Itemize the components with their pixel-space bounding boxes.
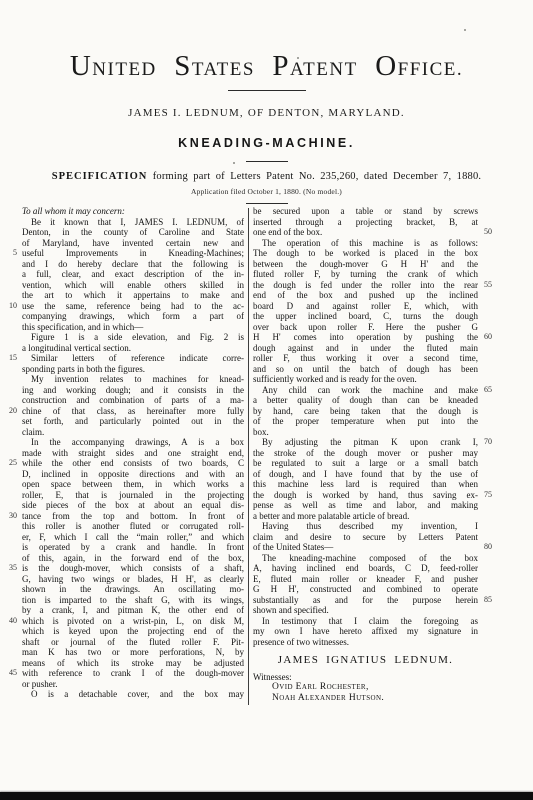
line-number (0, 595, 22, 606)
line-number (478, 521, 533, 532)
scan-edge-bar (0, 792, 533, 800)
text-line: D, inclined in opposite directions and w… (0, 469, 244, 480)
witness-name: Ovid Earl Rochester, (253, 682, 533, 693)
text-line: a better and more palatable article of b… (253, 511, 533, 522)
title-rest: FFICE. (398, 59, 464, 80)
line-text: is the dough-mover, which consists of a … (22, 563, 244, 574)
text-line: The dough to be worked is placed in the … (253, 248, 533, 259)
text-line: My invention relates to machines for kne… (0, 374, 244, 385)
text-line: man K has two or more perforations, N, b… (0, 647, 244, 658)
text-line: ing and working dough; and it consists i… (0, 385, 244, 396)
line-number (0, 332, 22, 343)
line-text: fluted roller F, by turning the crank of… (253, 269, 478, 280)
title-rest: ATENT (290, 59, 358, 80)
line-number (478, 364, 533, 375)
line-text: chine of that class, as hereinafter more… (22, 406, 244, 417)
text-line: vention, which will enable others skille… (0, 280, 244, 291)
line-number (0, 290, 22, 301)
text-line: one end of the box. 50 (253, 227, 533, 238)
title-initial: O (375, 50, 397, 82)
text-line: this machine less lard is required than … (253, 479, 533, 490)
text-line: board D and against roller E, which, wit… (253, 301, 533, 312)
line-number (478, 584, 533, 595)
line-number (0, 448, 22, 459)
line-text: shaft or journal of the fluted roller F.… (22, 637, 244, 648)
line-text: by a crank, I, and pitman K, the other e… (22, 605, 244, 616)
text-line: sufficiently worked and is ready for the… (253, 374, 533, 385)
text-line: roller, E, that is journaled in the proj… (0, 490, 244, 501)
invention-title: KNEADING-MACHINE. (0, 136, 533, 150)
line-number (478, 416, 533, 427)
text-line: To all whom it may concern: (0, 206, 244, 217)
line-number (478, 238, 533, 249)
text-line: made with straight sides and one straigh… (0, 448, 244, 459)
line-text: while the other end consists of two boar… (22, 458, 244, 469)
line-number (0, 374, 22, 385)
line-number (478, 311, 533, 322)
text-line: 5 useful Improvements in Kneading-Machin… (0, 248, 244, 259)
line-number: 50 (478, 227, 533, 238)
line-number (478, 532, 533, 543)
line-text: G H H', constructed and combined to oper… (253, 584, 478, 595)
text-line: By adjusting the pitman K upon crank I, … (253, 437, 533, 448)
line-number (0, 553, 22, 564)
text-line: 10 use the same, reference being had to … (0, 301, 244, 312)
text-line: roller F, thus working it over a second … (253, 353, 533, 364)
line-text: pense as well as time and labor, and mak… (253, 500, 478, 511)
text-line: and so on until the batch of dough has b… (253, 364, 533, 375)
line-text: the dough is fed under the roller into t… (253, 280, 478, 291)
line-text: and so on until the batch of dough has b… (253, 364, 478, 375)
line-number: 35 (0, 563, 22, 574)
text-line: E, fluted main roller or kneader F, and … (253, 574, 533, 585)
line-text: with reference to crank I of the dough-m… (22, 668, 244, 679)
line-text: use the same, reference being had to the… (22, 301, 244, 312)
line-text: the dough is worked by hand, thus saving… (253, 490, 478, 501)
witnesses-label: Witnesses: (253, 672, 533, 683)
title-initial: P (272, 50, 290, 82)
line-number (0, 364, 22, 375)
text-line: of the United States— 80 (253, 542, 533, 553)
text-line: 40 which is pivoted on a wrist-pin, L, o… (0, 616, 244, 627)
signature: JAMES IGNATIUS LEDNUM. (253, 655, 478, 666)
line-number: 5 (0, 248, 22, 259)
line-number (478, 574, 533, 585)
title-word: OFFICE. (375, 50, 463, 83)
line-text: over back upon roller F. Here the pusher… (253, 322, 478, 333)
line-number (478, 322, 533, 333)
line-text: a full, clear, and exact description of … (22, 269, 244, 280)
text-line: shaft or journal of the fluted roller F.… (0, 637, 244, 648)
header-rule (228, 90, 306, 91)
text-line: of the proper temperature when put into … (253, 416, 533, 427)
line-number (478, 500, 533, 511)
line-text: ing and working dough; and it consists i… (22, 385, 244, 396)
line-number (478, 469, 533, 480)
text-line: A, having inclined end boards, C D, feed… (253, 563, 533, 574)
witness-name: Noah Alexander Hutson. (253, 693, 533, 704)
text-line: Any child can work the machine and make … (253, 385, 533, 396)
title-rest: TATES (192, 59, 255, 80)
line-text: the art to which it appertains to make a… (22, 290, 244, 301)
text-line: is operated by a crank and handle. In fr… (0, 542, 244, 553)
line-number (478, 343, 533, 354)
line-text: my own I have hereto affixed my signatur… (253, 626, 478, 637)
title-initial: U (70, 50, 92, 82)
text-line: construction and combination of parts of… (0, 395, 244, 406)
line-text: the upper inclined board, C, turns the d… (253, 311, 478, 322)
line-number (0, 269, 22, 280)
line-text: A, having inclined end boards, C D, feed… (253, 563, 478, 574)
line-number (0, 647, 22, 658)
text-line: be regulated to suit a large or a small … (253, 458, 533, 469)
line-text: a longitudinal vertical section. (22, 343, 244, 354)
title-rest: NITED (92, 59, 156, 80)
text-line: by hand, care being taken that the dough… (253, 406, 533, 417)
line-text: open space between them, in which works … (22, 479, 244, 490)
line-number: 75 (478, 490, 533, 501)
line-number: 80 (478, 542, 533, 553)
line-text: be secured upon a table or stand by scre… (253, 206, 478, 217)
line-number (0, 206, 22, 217)
line-number: 70 (478, 437, 533, 448)
line-number (0, 437, 22, 448)
text-line: fluted roller F, by turning the crank of… (253, 269, 533, 280)
line-text: board D and against roller E, which, wit… (253, 301, 478, 312)
right-column: be secured upon a table or stand by scre… (253, 206, 533, 705)
scan-speck (464, 29, 466, 31)
text-line: In testimony that I claim the foregoing … (253, 616, 533, 627)
witness-list: Ovid Earl Rochester, Noah Alexander Huts… (253, 682, 533, 703)
text-line: G, having two wings or blades, H H', as … (0, 574, 244, 585)
line-number (478, 395, 533, 406)
text-line: dough against and in under the fluted ma… (253, 343, 533, 354)
line-number (478, 479, 533, 490)
line-number (478, 301, 533, 312)
specification-line: SPECIFICATION forming part of Letters Pa… (0, 171, 533, 182)
text-line: 45 with reference to crank I of the doug… (0, 668, 244, 679)
line-number (0, 343, 22, 354)
line-text: of the United States— (253, 542, 478, 553)
text-line: Having thus described my invention, I (253, 521, 533, 532)
text-line: presence of two witnesses. (253, 637, 533, 648)
line-text: which is pivoted on a wrist-pin, L, on d… (22, 616, 244, 627)
specification-label: SPECIFICATION (52, 171, 148, 182)
line-text: The dough to be worked is placed in the … (253, 248, 478, 259)
line-text: between the dough-mover G H H' and the (253, 259, 478, 270)
text-line: my own I have hereto affixed my signatur… (253, 626, 533, 637)
line-number (0, 490, 22, 501)
line-text: tance from the top and bottom. In front … (22, 511, 244, 522)
text-line: 15 Similar letters of reference indicate… (0, 353, 244, 364)
line-number: 25 (0, 458, 22, 469)
text-line: H H' comes into operation by pushing the… (253, 332, 533, 343)
line-text: claim and desire to secure by Letters Pa… (253, 532, 478, 543)
line-number (478, 616, 533, 627)
line-number (478, 563, 533, 574)
line-text: of the proper temperature when put into … (253, 416, 478, 427)
text-line: companying drawings, which form a part o… (0, 311, 244, 322)
text-line: box. (253, 427, 533, 438)
text-line: Denton, in the county of Caroline and St… (0, 227, 244, 238)
line-text: presence of two witnesses. (253, 637, 478, 648)
text-line: claim and desire to secure by Letters Pa… (253, 532, 533, 543)
line-text: of dough, and I have found that by the u… (253, 469, 478, 480)
line-text: a better quality of dough than can be kn… (253, 395, 478, 406)
line-text: and I do hereby declare that the followi… (22, 259, 244, 270)
line-text: dough against and in under the fluted ma… (253, 343, 478, 354)
line-number (478, 458, 533, 469)
line-text: of this, again, in the forward end of th… (22, 553, 244, 564)
line-text: man K has two or more perforations, N, b… (22, 647, 244, 658)
line-text: sponding parts in both the figures. (22, 364, 244, 375)
application-line: Application filed October 1, 1880. (No m… (0, 187, 533, 196)
text-line: over back upon roller F. Here the pusher… (253, 322, 533, 333)
line-number (0, 500, 22, 511)
line-text: Figure 1 is a side elevation, and Fig. 2… (22, 332, 244, 343)
line-text: In testimony that I claim the foregoing … (253, 616, 478, 627)
line-text: a better and more palatable article of b… (253, 511, 478, 522)
title-word: UNITED (70, 50, 157, 83)
line-number (478, 259, 533, 270)
line-number (478, 626, 533, 637)
line-number (0, 280, 22, 291)
line-number: 85 (478, 595, 533, 606)
text-line: the art to which it appertains to make a… (0, 290, 244, 301)
line-number: 20 (0, 406, 22, 417)
line-number (478, 353, 533, 364)
line-number (478, 217, 533, 228)
line-text: The kneading-machine composed of the box (253, 553, 478, 564)
line-text: Denton, in the county of Caroline and St… (22, 227, 244, 238)
line-number (478, 406, 533, 417)
line-text: roller, E, that is journaled in the proj… (22, 490, 244, 501)
text-line: a longitudinal vertical section. (0, 343, 244, 354)
text-line: er, F, which I call the “main roller,” a… (0, 532, 244, 543)
line-number: 15 (0, 353, 22, 364)
line-text: construction and combination of parts of… (22, 395, 244, 406)
line-text: claim. (22, 427, 244, 438)
title-rule (246, 161, 288, 162)
text-line: 20 chine of that class, as hereinafter m… (0, 406, 244, 417)
text-line: Be it known that I, JAMES I. LEDNUM, of (0, 217, 244, 228)
line-number (0, 574, 22, 585)
line-number (478, 269, 533, 280)
text-line: of Maryland, have invented certain new a… (0, 238, 244, 249)
line-text: companying drawings, which form a part o… (22, 311, 244, 322)
text-line: which is keyed upon the projecting end o… (0, 626, 244, 637)
text-line: inserted through a projecting bracket, B… (253, 217, 533, 228)
line-number (478, 511, 533, 522)
line-number (0, 605, 22, 616)
line-text: end of the box and pushed up the incline… (253, 290, 478, 301)
line-text: be regulated to suit a large or a small … (253, 458, 478, 469)
text-line: claim. (0, 427, 244, 438)
text-line: the stroke of the dough mover or pusher … (253, 448, 533, 459)
line-text: In the accompanying drawings, A is a box (22, 437, 244, 448)
line-number (0, 416, 22, 427)
text-line: sponding parts in both the figures. (0, 364, 244, 375)
line-number (478, 206, 533, 217)
line-text: of Maryland, have invented certain new a… (22, 238, 244, 249)
text-line: 25 while the other end consists of two b… (0, 458, 244, 469)
line-text: E, fluted main roller or kneader F, and … (253, 574, 478, 585)
line-text: The operation of this machine is as foll… (253, 238, 478, 249)
line-text: means of which its stroke may be adjuste… (22, 658, 244, 669)
line-text: O is a detachable cover, and the box may (22, 689, 244, 700)
text-line: open space between them, in which works … (0, 479, 244, 490)
line-text: sufficiently worked and is ready for the… (253, 374, 478, 385)
line-number (0, 479, 22, 490)
line-number (0, 385, 22, 396)
text-line: and I do hereby declare that the followi… (0, 259, 244, 270)
line-text: side pieces of the box at about an equal… (22, 500, 244, 511)
text-line: side pieces of the box at about an equal… (0, 500, 244, 511)
text-line: be secured upon a table or stand by scre… (253, 206, 533, 217)
text-line: substantially as and for the purpose her… (253, 595, 533, 606)
line-number (0, 626, 22, 637)
line-text: substantially as and for the purpose her… (253, 595, 478, 606)
text-line: pense as well as time and labor, and mak… (253, 500, 533, 511)
title-word: PATENT (272, 50, 357, 83)
line-number (478, 553, 533, 564)
text-line: tion is imparted to the shaft G, with it… (0, 595, 244, 606)
text-line: The kneading-machine composed of the box (253, 553, 533, 564)
line-text: Be it known that I, JAMES I. LEDNUM, of (22, 217, 244, 228)
text-line: shown in the drawings. An oscillating mo… (0, 584, 244, 595)
column-divider (248, 208, 249, 705)
document-body: To all whom it may concern: Be it known … (0, 206, 533, 705)
line-number (0, 521, 22, 532)
text-line: or pusher. (0, 679, 244, 690)
line-number (0, 227, 22, 238)
title-initial: S (174, 50, 192, 82)
line-number (0, 238, 22, 249)
title-word: STATES (174, 50, 255, 83)
line-number (0, 532, 22, 543)
text-line: Figure 1 is a side elevation, and Fig. 2… (0, 332, 244, 343)
line-text: roller F, thus working it over a second … (253, 353, 478, 364)
right-column-lines: be secured upon a table or stand by scre… (253, 206, 533, 647)
line-text: er, F, which I call the “main roller,” a… (22, 532, 244, 543)
line-number (0, 259, 22, 270)
line-text: or pusher. (22, 679, 244, 690)
line-text: By adjusting the pitman K upon crank I, (253, 437, 478, 448)
line-text: is operated by a crank and handle. In fr… (22, 542, 244, 553)
line-text: made with straight sides and one straigh… (22, 448, 244, 459)
line-number (478, 290, 533, 301)
patent-page: UNITED STATES PATENT OFFICE. JAMES I. LE… (0, 0, 533, 800)
text-line: the dough is worked by hand, thus saving… (253, 490, 533, 501)
line-number: 55 (478, 280, 533, 291)
line-number (0, 427, 22, 438)
text-line: 30 tance from the top and bottom. In fro… (0, 511, 244, 522)
text-line: means of which its stroke may be adjuste… (0, 658, 244, 669)
text-line: O is a detachable cover, and the box may (0, 689, 244, 700)
line-text: the stroke of the dough mover or pusher … (253, 448, 478, 459)
line-number: 40 (0, 616, 22, 627)
text-line: this specification, and in which— (0, 322, 244, 333)
line-text: tion is imparted to the shaft G, with it… (22, 595, 244, 606)
line-number: 65 (478, 385, 533, 396)
text-line: set forth, and particularly pointed out … (0, 416, 244, 427)
line-text: shown in the drawings. An oscillating mo… (22, 584, 244, 595)
line-text: one end of the box. (253, 227, 478, 238)
page-title: UNITED STATES PATENT OFFICE. (0, 50, 533, 83)
line-number (0, 689, 22, 700)
text-line: In the accompanying drawings, A is a box (0, 437, 244, 448)
line-text: which is keyed upon the projecting end o… (22, 626, 244, 637)
text-line: between the dough-mover G H H' and the (253, 259, 533, 270)
line-text: Any child can work the machine and make (253, 385, 478, 396)
line-text: G, having two wings or blades, H H', as … (22, 574, 244, 585)
text-line: a full, clear, and exact description of … (0, 269, 244, 280)
line-number (0, 395, 22, 406)
text-line: a better quality of dough than can be kn… (253, 395, 533, 406)
line-text: box. (253, 427, 478, 438)
text-line: this roller is another fluted or corruga… (0, 521, 244, 532)
text-line: by a crank, I, and pitman K, the other e… (0, 605, 244, 616)
specification-text: forming part of Letters Patent No. 235,2… (153, 171, 482, 182)
line-text: this roller is another fluted or corruga… (22, 521, 244, 532)
text-line: G H H', constructed and combined to oper… (253, 584, 533, 595)
application-rule (246, 203, 288, 204)
line-text: D, inclined in opposite directions and w… (22, 469, 244, 480)
line-number (478, 448, 533, 459)
text-line: The operation of this machine is as foll… (253, 238, 533, 249)
scan-speck (233, 162, 235, 164)
line-number (478, 637, 533, 648)
line-number (0, 658, 22, 669)
line-number (0, 217, 22, 228)
text-line: 35 is the dough-mover, which consists of… (0, 563, 244, 574)
text-line: the dough is fed under the roller into t… (253, 280, 533, 291)
line-text: this specification, and in which— (22, 322, 244, 333)
line-text: vention, which will enable others skille… (22, 280, 244, 291)
line-number (0, 469, 22, 480)
line-text: inserted through a projecting bracket, B… (253, 217, 478, 228)
line-number: 45 (0, 668, 22, 679)
line-text: by hand, care being taken that the dough… (253, 406, 478, 417)
line-number: 30 (0, 511, 22, 522)
patent-header: UNITED STATES PATENT OFFICE. JAMES I. LE… (0, 0, 533, 204)
text-line: of this, again, in the forward end of th… (0, 553, 244, 564)
line-number (478, 374, 533, 385)
line-number (0, 311, 22, 322)
line-number (0, 542, 22, 553)
inventor-line: JAMES I. LEDNUM, OF DENTON, MARYLAND. (0, 107, 533, 119)
line-number (0, 322, 22, 333)
left-column: To all whom it may concern: Be it known … (0, 206, 244, 705)
text-line: shown and specified. (253, 605, 533, 616)
text-line: of dough, and I have found that by the u… (253, 469, 533, 480)
line-text: To all whom it may concern: (22, 206, 244, 217)
line-text: shown and specified. (253, 605, 478, 616)
line-text: Having thus described my invention, I (253, 521, 478, 532)
line-number (0, 584, 22, 595)
scan-speck (297, 57, 299, 59)
line-number (478, 605, 533, 616)
line-text: useful Improvements in Kneading-Machines… (22, 248, 244, 259)
line-number (478, 248, 533, 259)
line-text: Similar letters of reference indicate co… (22, 353, 244, 364)
text-line: end of the box and pushed up the incline… (253, 290, 533, 301)
line-number (0, 637, 22, 648)
line-number: 10 (0, 301, 22, 312)
line-number: 60 (478, 332, 533, 343)
line-text: set forth, and particularly pointed out … (22, 416, 244, 427)
line-text: H H' comes into operation by pushing the (253, 332, 478, 343)
